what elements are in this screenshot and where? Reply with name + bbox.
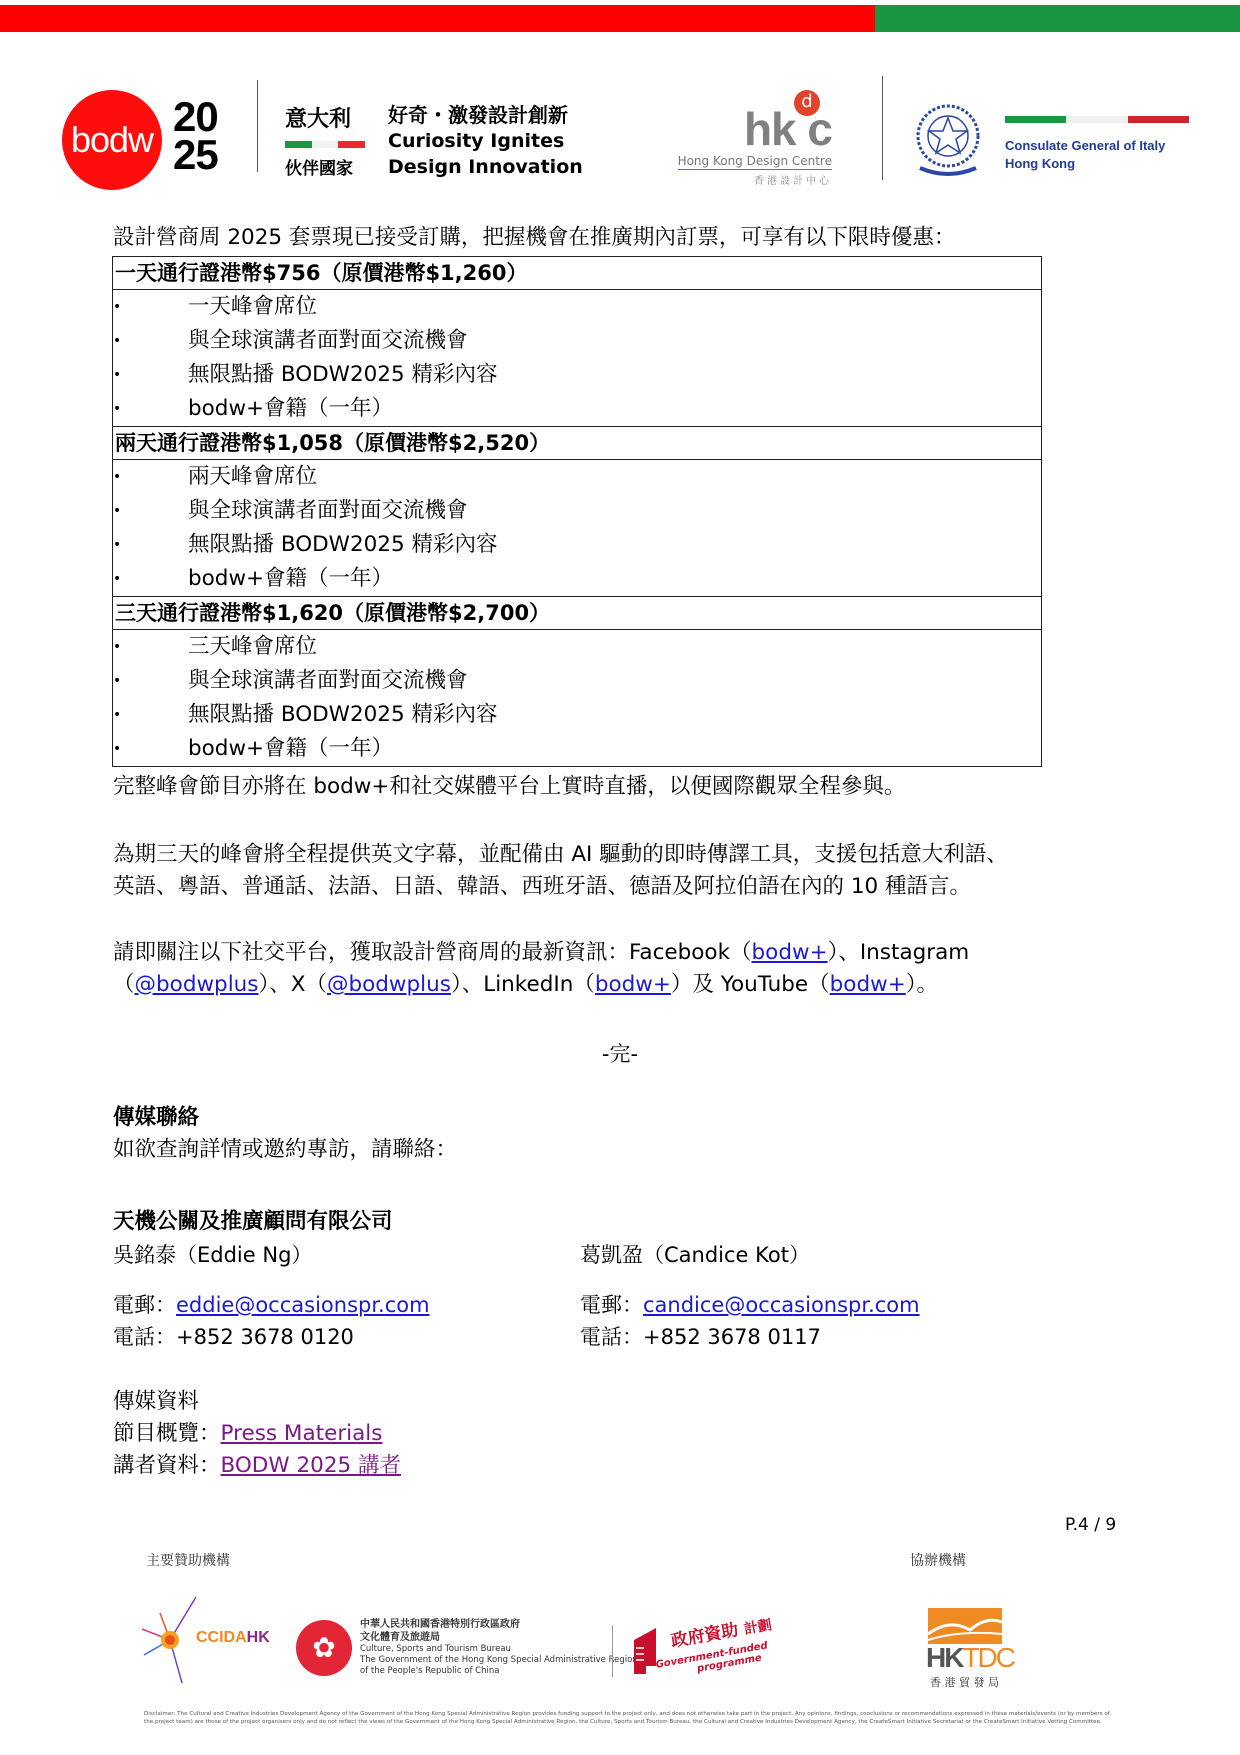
ccidahk-hk: HK: [247, 1629, 270, 1646]
bullet-icon: •: [113, 630, 188, 664]
ticket-benefits: •一天峰會席位 •與全球演講者面對面交流機會 •無限點播 BODW2025 精彩…: [113, 290, 1042, 427]
benefit-text: 一天峰會席位: [188, 290, 317, 324]
hkdc-name-zh: 香港設計中心: [754, 172, 832, 187]
media-materials-heading: 傳媒資料: [113, 1387, 199, 1417]
speakers-row: 講者資料：BODW 2025 講者: [113, 1451, 401, 1481]
bullet-icon: •: [113, 494, 188, 528]
instagram-link[interactable]: @bodwplus: [135, 972, 259, 997]
benefit-item: •bodw+會籍（一年）: [113, 392, 1041, 426]
cstb-logo-text: 中華人民共和國香港特別行政區政府 文化體育及旅遊局 Culture, Sport…: [360, 1618, 638, 1677]
speakers-label: 講者資料：: [113, 1453, 221, 1478]
top-bar-green: [875, 5, 1240, 32]
footer-divider: [612, 1625, 613, 1677]
header-divider: [257, 80, 258, 172]
main-sponsor-label: 主要贊助機構: [146, 1550, 230, 1570]
email-link[interactable]: candice@occasionspr.com: [643, 1293, 920, 1317]
social-lead: 請即關注以下社交平台，獲取設計營商周的最新資訊：Facebook（: [113, 940, 752, 965]
benefit-text: bodw+會籍（一年）: [188, 732, 393, 766]
press-materials-link[interactable]: Press Materials: [221, 1421, 383, 1446]
italy-flag-icon: [285, 141, 365, 148]
benefit-item: •無限點播 BODW2025 精彩內容: [113, 528, 1041, 562]
consulate-logo: Consulate General of Italy Hong Kong: [1005, 116, 1189, 173]
programme-label: 節目概覽：: [113, 1421, 221, 1446]
partner-country-label: 伙伴國家: [285, 154, 365, 179]
bodw-year: 20 25: [173, 98, 218, 174]
tagline-en-1: Curiosity Ignites: [388, 128, 583, 154]
bullet-icon: •: [113, 460, 188, 494]
social-sep: （: [113, 972, 135, 997]
bullet-icon: •: [113, 732, 188, 766]
hktdc-tdc: TDC: [962, 1642, 1014, 1673]
hkdc-mark: hk c: [744, 102, 832, 156]
gov-en-2: The Government of the Hong Kong Special …: [360, 1655, 638, 1666]
benefit-item: •與全球演講者面對面交流機會: [113, 664, 1041, 698]
social-line-1: 請即關注以下社交平台，獲取設計營商周的最新資訊：Facebook（bodw+）、…: [113, 938, 969, 968]
linkedin-link[interactable]: bodw+: [595, 972, 671, 997]
x-link[interactable]: @bodwplus: [327, 972, 451, 997]
page-number: P.4 / 9: [1065, 1515, 1116, 1535]
bodw-logo: bodw: [62, 90, 162, 190]
header-divider-2: [882, 76, 883, 180]
partner-country: 意大利 伙伴國家: [285, 102, 365, 179]
bullet-icon: •: [113, 698, 188, 732]
benefit-item: •與全球演講者面對面交流機會: [113, 494, 1041, 528]
benefit-text: 與全球演講者面對面交流機會: [188, 324, 468, 358]
social-sep: ）、X（: [259, 972, 327, 997]
bodw-logo-text: bodw: [71, 119, 153, 161]
italy-flag-stripe-icon: [1005, 116, 1189, 123]
italy-emblem-icon: [910, 98, 986, 180]
ticket-tier-title: 三天通行證港幣$1,620（原價港幣$2,700）: [113, 597, 1042, 630]
bullet-icon: •: [113, 562, 188, 596]
contact-card-candice: 葛凱盈（Candice Kot） 電郵：candice@occasionspr.…: [580, 1239, 920, 1353]
pr-company-name: 天機公關及推廣顧問有限公司: [113, 1207, 393, 1237]
funding-disclaimer: Disclaimer: The Cultural and Creative In…: [144, 1710, 1114, 1726]
social-sep: ）。: [906, 972, 938, 997]
benefit-text: 三天峰會席位: [188, 630, 317, 664]
email-label: 電郵：: [113, 1293, 176, 1317]
contact-card-eddie: 吳銘泰（Eddie Ng） 電郵：eddie@occasionspr.com 電…: [113, 1239, 430, 1353]
benefit-text: bodw+會籍（一年）: [188, 392, 393, 426]
benefit-item: •三天峰會席位: [113, 630, 1041, 664]
gov-zh-2: 文化體育及旅遊局: [360, 1631, 638, 1644]
year-line-2: 25: [173, 136, 218, 174]
benefit-item: •一天峰會席位: [113, 290, 1041, 324]
phone-label: 電話：: [580, 1325, 643, 1349]
ticket-table: 一天通行證港幣$756（原價港幣$1,260） •一天峰會席位 •與全球演講者面…: [112, 256, 1042, 767]
subtitles-line-2: 英語、粵語、普通話、法語、日語、韓語、西班牙語、德語及阿拉伯語在內的 10 種語…: [113, 872, 971, 902]
hktdc-logo: HKTDC 香 港 貿 發 局: [920, 1608, 1010, 1688]
hkdc-name-en: Hong Kong Design Centre: [678, 154, 832, 170]
benefit-item: •無限點播 BODW2025 精彩內容: [113, 698, 1041, 732]
top-color-bar: [0, 5, 1240, 32]
youtube-link[interactable]: bodw+: [830, 972, 906, 997]
gov-en-1: Culture, Sports and Tourism Bureau: [360, 1644, 638, 1655]
hktdc-sail-icon: [920, 1608, 1010, 1644]
phone-number: +852 3678 0120: [176, 1325, 354, 1349]
benefit-text: bodw+會籍（一年）: [188, 562, 393, 596]
ccidahk-text: CCIDAHK: [196, 1629, 270, 1647]
benefit-item: •與全球演講者面對面交流機會: [113, 324, 1041, 358]
ccidahk-star-icon: [140, 1595, 200, 1685]
email-label: 電郵：: [580, 1293, 643, 1317]
theme-tagline: 好奇・激發設計創新 Curiosity Ignites Design Innov…: [388, 102, 583, 180]
bullet-icon: •: [113, 358, 188, 392]
social-line-2: （@bodwplus）、X（@bodwplus）、LinkedIn（bodw+）…: [113, 970, 938, 1000]
ccidahk-cc: CCIDA: [196, 1629, 247, 1646]
partner-country-name: 意大利: [285, 102, 365, 133]
end-mark: -完-: [0, 1038, 1240, 1068]
ticket-tier-title: 一天通行證港幣$756（原價港幣$1,260）: [113, 257, 1042, 290]
consulate-name: Consulate General of Italy: [1005, 137, 1189, 155]
benefit-item: •bodw+會籍（一年）: [113, 562, 1041, 596]
tagline-zh: 好奇・激發設計創新: [388, 102, 583, 128]
media-contact-intro: 如欲查詢詳情或邀約專訪，請聯絡：: [113, 1135, 457, 1165]
benefit-item: •bodw+會籍（一年）: [113, 732, 1041, 766]
benefit-text: 無限點播 BODW2025 精彩內容: [188, 358, 498, 392]
ticket-benefits: •兩天峰會席位 •與全球演講者面對面交流機會 •無限點播 BODW2025 精彩…: [113, 460, 1042, 597]
bullet-icon: •: [113, 392, 188, 426]
benefit-text: 兩天峰會席位: [188, 460, 317, 494]
hktdc-zh: 香 港 貿 發 局: [930, 1674, 999, 1690]
media-contact-heading: 傳媒聯絡: [113, 1103, 199, 1133]
ticket-benefits: •三天峰會席位 •與全球演講者面對面交流機會 •無限點播 BODW2025 精彩…: [113, 630, 1042, 767]
gov-zh-1: 中華人民共和國香港特別行政區政府: [360, 1618, 638, 1631]
speakers-link[interactable]: BODW 2025 講者: [221, 1453, 402, 1478]
tagline-en-2: Design Innovation: [388, 154, 583, 180]
hksar-emblem-icon: ✿: [296, 1620, 352, 1676]
hkdc-logo: d hk c Hong Kong Design Centre 香港設計中心: [672, 90, 832, 190]
social-sep: ）、Instagram: [828, 940, 970, 965]
benefit-item: •無限點播 BODW2025 精彩內容: [113, 358, 1041, 392]
co-organiser-label: 協辦機構: [910, 1550, 966, 1570]
gfp-zh-2: 計劃: [743, 1617, 773, 1638]
benefit-text: 無限點播 BODW2025 精彩內容: [188, 698, 498, 732]
subtitles-line-1: 為期三天的峰會將全程提供英文字幕，並配備由 AI 驅動的即時傳譯工具，支援包括意…: [113, 840, 1008, 870]
bullet-icon: •: [113, 290, 188, 324]
benefit-text: 無限點播 BODW2025 精彩內容: [188, 528, 498, 562]
top-bar-red: [0, 5, 875, 32]
ticket-tier-title: 兩天通行證港幣$1,058（原價港幣$2,520）: [113, 427, 1042, 460]
contact-name: 吳銘泰（Eddie Ng）: [113, 1239, 430, 1271]
consulate-city: Hong Kong: [1005, 155, 1189, 173]
bullet-icon: •: [113, 324, 188, 358]
phone-number: +852 3678 0117: [643, 1325, 821, 1349]
phone-label: 電話：: [113, 1325, 176, 1349]
benefit-item: •兩天峰會席位: [113, 460, 1041, 494]
ccidahk-logo: CCIDAHK: [140, 1595, 280, 1685]
gov-en-3: of the People's Republic of China: [360, 1666, 638, 1677]
intro-text: 設計營商周 2025 套票現已接受訂購，把握機會在推廣期內訂票，可享有以下限時優…: [113, 223, 955, 253]
programme-row: 節目概覽：Press Materials: [113, 1419, 382, 1449]
livestream-text: 完整峰會節目亦將在 bodw+和社交媒體平台上實時直播，以便國際觀眾全程參與。: [113, 772, 905, 802]
facebook-link[interactable]: bodw+: [752, 940, 828, 965]
contact-name: 葛凱盈（Candice Kot）: [580, 1239, 920, 1271]
social-sep: ）及 YouTube（: [671, 972, 830, 997]
bullet-icon: •: [113, 664, 188, 698]
social-sep: ）、LinkedIn（: [451, 972, 595, 997]
header-logos: bodw 20 25 意大利 伙伴國家 好奇・激發設計創新 Curiosity …: [0, 80, 1240, 190]
email-link[interactable]: eddie@occasionspr.com: [176, 1293, 430, 1317]
government-funded-programme-logo: 政府資助 計劃 Government-fundedprogramme: [632, 1612, 762, 1682]
benefit-text: 與全球演講者面對面交流機會: [188, 494, 468, 528]
benefit-text: 與全球演講者面對面交流機會: [188, 664, 468, 698]
hktdc-wordmark: HKTDC: [926, 1642, 1014, 1674]
bullet-icon: •: [113, 528, 188, 562]
